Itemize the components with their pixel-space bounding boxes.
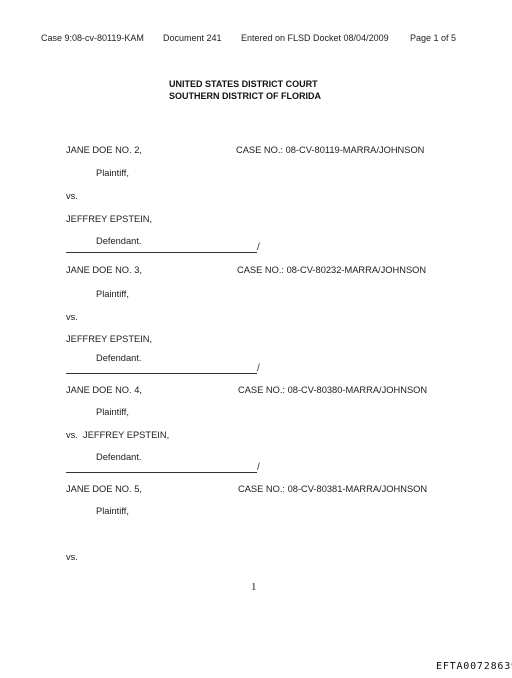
case-number: CASE NO.: 08-CV-80232-MARRA/JOHNSON xyxy=(237,266,426,275)
page-number: 1 xyxy=(251,582,257,593)
defendant-label: Defendant. xyxy=(96,354,142,363)
docket-document-number: Document 241 xyxy=(163,34,222,43)
versus-label: vs. xyxy=(66,192,78,201)
docket-entered-date: Entered on FLSD Docket 08/04/2009 xyxy=(241,34,389,43)
case-number: CASE NO.: 08-CV-80119-MARRA/JOHNSON xyxy=(236,146,424,155)
defendant-name: JEFFREY EPSTEIN, xyxy=(66,335,152,344)
plaintiff-label: Plaintiff, xyxy=(96,507,129,516)
case-number: CASE NO.: 08-CV-80381-MARRA/JOHNSON xyxy=(238,485,427,494)
plaintiff-label: Plaintiff, xyxy=(96,408,129,417)
bates-number: EFTA00728639 xyxy=(436,662,512,672)
caption-slash: / xyxy=(257,243,260,253)
caption-slash: / xyxy=(257,463,260,473)
plaintiff-label: Plaintiff, xyxy=(96,290,129,299)
versus-label: vs. xyxy=(66,553,78,562)
plaintiff-name: JANE DOE NO. 3, xyxy=(66,266,142,275)
defendant-label: Defendant. xyxy=(96,453,142,462)
versus-defendant-name: vs. JEFFREY EPSTEIN, xyxy=(66,431,169,440)
plaintiff-name: JANE DOE NO. 2, xyxy=(66,146,142,155)
plaintiff-name: JANE DOE NO. 4, xyxy=(66,386,142,395)
caption-divider xyxy=(66,373,257,374)
case-number: CASE NO.: 08-CV-80380-MARRA/JOHNSON xyxy=(238,386,427,395)
plaintiff-name: JANE DOE NO. 5, xyxy=(66,485,142,494)
docket-page-count: Page 1 of 5 xyxy=(410,34,456,43)
caption-slash: / xyxy=(257,364,260,374)
caption-divider xyxy=(66,472,257,473)
docket-case-number: Case 9:08-cv-80119-KAM xyxy=(41,34,144,43)
defendant-name: JEFFREY EPSTEIN, xyxy=(66,215,152,224)
court-district: SOUTHERN DISTRICT OF FLORIDA xyxy=(169,92,321,101)
defendant-label: Defendant. xyxy=(96,237,142,246)
versus-label: vs. xyxy=(66,313,78,322)
plaintiff-label: Plaintiff, xyxy=(96,169,129,178)
caption-divider xyxy=(66,252,257,253)
court-name: UNITED STATES DISTRICT COURT xyxy=(169,80,318,89)
